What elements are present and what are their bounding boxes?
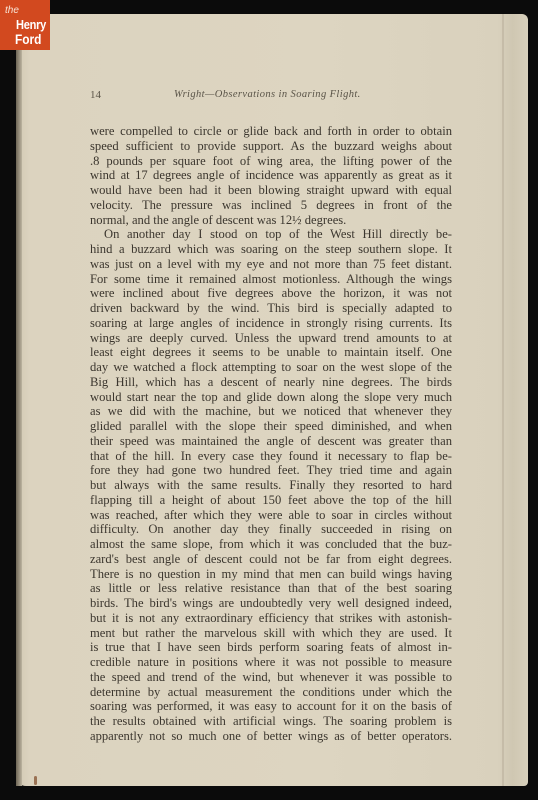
text-line: was reached, after which they were able … xyxy=(90,508,452,523)
text-line: the results obtained with artificial win… xyxy=(90,714,452,729)
text-line: their speed was maintained the angle of … xyxy=(90,434,452,449)
text-line: flapping till a height of about 150 feet… xyxy=(90,493,452,508)
text-line: hind a buzzard which was soaring on the … xyxy=(90,242,452,257)
text-line: but it is not any extraordinary efficien… xyxy=(90,611,452,626)
text-line: the speed and trend of the wind, but whe… xyxy=(90,670,452,685)
text-line: is true that I have seen birds perform s… xyxy=(90,640,452,655)
henry-ford-logo: the Henry Ford xyxy=(0,0,50,50)
text-line: almost the same slope, from which it was… xyxy=(90,537,452,552)
text-line: velocity. The pressure was inclined 5 de… xyxy=(90,198,452,213)
text-line: were compelled to circle or glide back a… xyxy=(90,124,452,139)
text-line: zard's best angle of descent could not b… xyxy=(90,552,452,567)
text-line: soaring at large angles of incidence in … xyxy=(90,316,452,331)
text-line: apparently not so much one of better win… xyxy=(90,729,452,744)
text-line: glided parallel with the slope their spe… xyxy=(90,419,452,434)
text-line: least eight degrees it seems to be unabl… xyxy=(90,345,452,360)
logo-the: the xyxy=(5,6,19,16)
page-stain xyxy=(34,776,37,785)
text-line: birds. The bird's wings are undoubtedly … xyxy=(90,596,452,611)
text-line: speed sufficient to provide support. As … xyxy=(90,139,452,154)
logo-ford: Ford xyxy=(15,32,41,46)
body-text: were compelled to circle or glide back a… xyxy=(90,124,452,744)
text-line: wings are deeply curved. Unless the upwa… xyxy=(90,331,452,346)
text-line: as little or less relative resistance th… xyxy=(90,581,452,596)
text-line: On another day I stood on top of the Wes… xyxy=(90,227,452,242)
text-line: day we watched a flock attempting to soa… xyxy=(90,360,452,375)
page-spine-edge xyxy=(16,14,22,786)
text-line: credible nature in positions where it wa… xyxy=(90,655,452,670)
text-line: wind at 17 degrees angle of incidence wa… xyxy=(90,168,452,183)
text-line: Big Hill, which has a descent of nearly … xyxy=(90,375,452,390)
text-line: .8 pounds per square foot of wing area, … xyxy=(90,154,452,169)
text-line: There is no question in my mind that men… xyxy=(90,567,452,582)
text-line: would start near the top and glide down … xyxy=(90,390,452,405)
text-line: but always with the same results. Finall… xyxy=(90,478,452,493)
text-line: was just on a level with my eye and not … xyxy=(90,257,452,272)
text-line: that of the hill. In every case they fou… xyxy=(90,449,452,464)
logo-henry: Henry xyxy=(16,18,46,31)
text-line: fore they had gone two hundred feet. The… xyxy=(90,463,452,478)
page-header: 14 Wright—Observations in Soaring Flight… xyxy=(90,89,452,103)
text-line: were inclined about five degrees above t… xyxy=(90,286,452,301)
text-line: determine by actual measurement the cond… xyxy=(90,685,452,700)
page-number: 14 xyxy=(90,89,101,101)
text-line: as we did with the machine, but we notic… xyxy=(90,404,452,419)
text-line: would have been had it been blowing stra… xyxy=(90,183,452,198)
text-line: normal, and the angle of descent was 12½… xyxy=(90,213,452,228)
text-line: For some time it remained almost motionl… xyxy=(90,272,452,287)
text-line: soaring was performed, it was easy to ac… xyxy=(90,699,452,714)
text-line: difficulty. On another day they finally … xyxy=(90,522,452,537)
text-line: driven backward by the wind. This bird i… xyxy=(90,301,452,316)
running-head: Wright—Observations in Soaring Flight. xyxy=(174,89,361,100)
page-fold-line xyxy=(502,14,504,786)
text-line: ment but rather the marvelous skill with… xyxy=(90,626,452,641)
